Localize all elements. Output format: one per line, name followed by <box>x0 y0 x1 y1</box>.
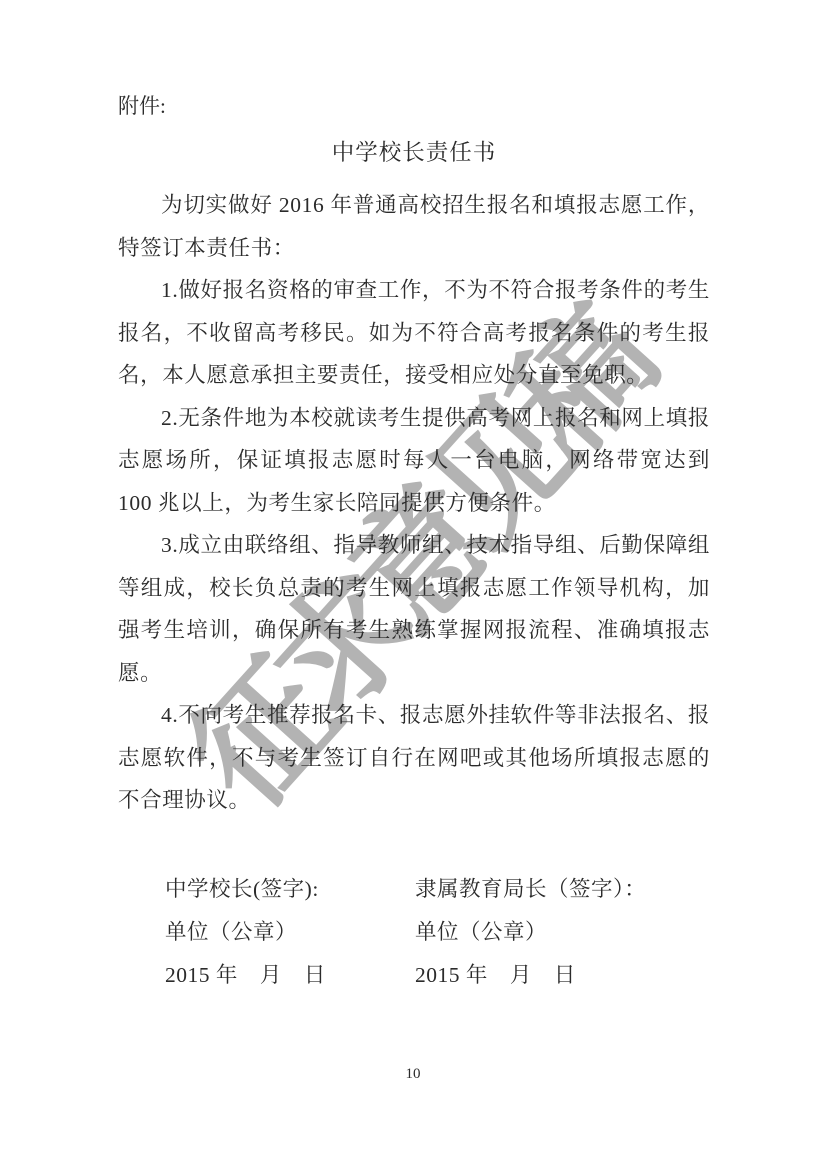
document-title: 中学校长责任书 <box>118 138 710 168</box>
intro-paragraph: 为切实做好 2016 年普通高校招生报名和填报志愿工作，特签订本责任书： <box>118 184 710 269</box>
responsibility-item-1: 1.做好报名资格的审查工作，不为不符合报考条件的考生报名，不收留高考移民。如为不… <box>118 269 710 397</box>
document-page: 征求意见稿 附件: 中学校长责任书 为切实做好 2016 年普通高校招生报名和填… <box>0 0 826 1168</box>
document-content: 附件: 中学校长责任书 为切实做好 2016 年普通高校招生报名和填报志愿工作，… <box>118 92 710 997</box>
responsibility-item-3: 3.成立由联络组、指导教师组、技术指导组、后勤保障组等组成，校长负总责的考生网上… <box>118 524 710 694</box>
attachment-label: 附件: <box>118 92 710 120</box>
principal-unit-seal-label: 单位（公章） <box>165 911 415 954</box>
signature-right-column: 隶属教育局长（签字）： 单位（公章） 2015 年 月 日 <box>415 868 646 997</box>
principal-date-label: 2015 年 月 日 <box>165 954 415 997</box>
bureau-date-label: 2015 年 月 日 <box>415 954 646 997</box>
signature-left-column: 中学校长(签字): 单位（公章） 2015 年 月 日 <box>165 868 415 997</box>
responsibility-item-2: 2.无条件地为本校就读考生提供高考网上报名和网上填报志愿场所，保证填报志愿时每人… <box>118 397 710 525</box>
signature-block: 中学校长(签字): 单位（公章） 2015 年 月 日 隶属教育局长（签字）： … <box>118 868 710 997</box>
page-number: 10 <box>0 1066 826 1083</box>
responsibility-item-4: 4.不向考生推荐报名卡、报志愿外挂软件等非法报名、报志愿软件，不与考生签订自行在… <box>118 694 710 822</box>
bureau-unit-seal-label: 单位（公章） <box>415 911 646 954</box>
principal-signature-label: 中学校长(签字): <box>165 868 415 911</box>
bureau-chief-signature-label: 隶属教育局长（签字）： <box>415 868 646 911</box>
